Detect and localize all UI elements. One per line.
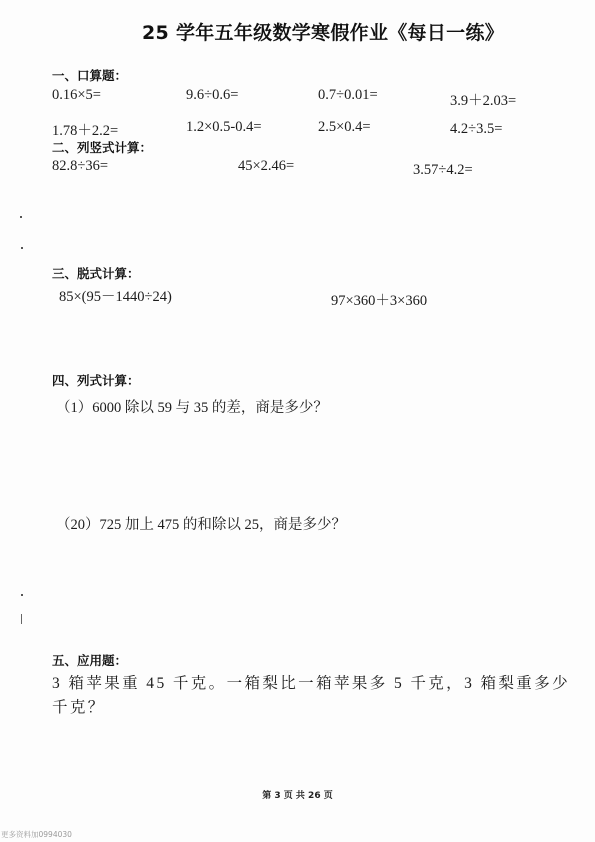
question: （20）725 加上 475 的和除以 25，商是多少？ (56, 513, 346, 534)
problem: 45×2.46= (238, 158, 294, 175)
section-heading-formula-calculation: 四、列式计算： (52, 371, 140, 389)
section-heading-application-problem: 五、应用题： (52, 651, 127, 669)
problem: 0.16×5= (52, 87, 101, 104)
problem: 1.2×0.5-0.4= (186, 119, 262, 136)
scan-mark (21, 614, 22, 624)
watermark-text: 更多资料加0994030 (1, 829, 72, 840)
section-heading-mental-arithmetic: 一、口算题： (52, 66, 127, 84)
page-number-footer: 第 3 页 共 26 页 (0, 788, 595, 801)
problem: 85×(95－1440÷24) (59, 285, 172, 306)
section-heading-step-calculation: 三、脱式计算： (52, 264, 140, 282)
problem: 82.8÷36= (52, 158, 108, 175)
scan-speck (20, 216, 22, 218)
problem: 97×360＋3×360 (331, 289, 427, 310)
problem: 1.78＋2.2= (52, 119, 118, 140)
page-title: 25 学年五年级数学寒假作业《每日一练》 (142, 18, 504, 45)
problem: 3.9＋2.03= (450, 89, 516, 110)
problem: 0.7÷0.01= (318, 87, 378, 104)
problem: 4.2÷3.5= (450, 121, 502, 138)
section-heading-vertical-calculation: 二、列竖式计算： (52, 138, 152, 156)
scan-speck (21, 594, 23, 596)
question: （1）6000 除以 59 与 35 的差，商是多少？ (56, 396, 328, 417)
problem: 3.57÷4.2= (413, 162, 473, 179)
application-question: 3 箱苹果重 45 千克。一箱梨比一箱苹果多 5 千克，3 箱梨重多少千克？ (52, 672, 572, 720)
problem: 2.5×0.4= (318, 119, 371, 136)
problem: 9.6÷0.6= (186, 87, 238, 104)
scan-speck (21, 247, 23, 249)
